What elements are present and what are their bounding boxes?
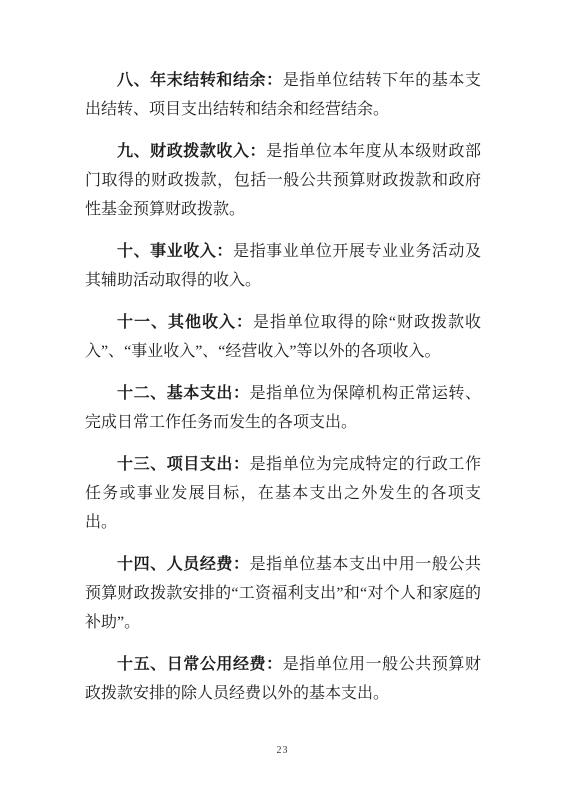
glossary-entry-13: 十三、项目支出：是指单位为完成特定的行政工作任务或事业发展目标，在基本支出之外发… bbox=[85, 450, 481, 537]
glossary-term: 九、财政拨款收入： bbox=[117, 143, 266, 160]
glossary-term: 八、年末结转和结余： bbox=[117, 72, 283, 89]
glossary-term: 十四、人员经费： bbox=[117, 556, 250, 573]
page-number: 23 bbox=[0, 745, 565, 756]
glossary-entry-11: 十一、其他收入：是指单位取得的除“财政拨款收入”、“事业收入”、“经营收入”等以… bbox=[85, 308, 481, 366]
glossary-entry-12: 十二、基本支出：是指单位为保障机构正常运转、完成日常工作任务而发生的各项支出。 bbox=[85, 379, 481, 437]
document-body: 八、年末结转和结余：是指单位结转下年的基本支出结转、项目支出结转和结余和经营结余… bbox=[85, 66, 481, 721]
glossary-term: 十一、其他收入： bbox=[117, 314, 253, 331]
glossary-entry-9: 九、财政拨款收入：是指单位本年度从本级财政部门取得的财政拨款，包括一般公共预算财… bbox=[85, 137, 481, 224]
glossary-entry-10: 十、事业收入：是指事业单位开展专业业务活动及其辅助活动取得的收入。 bbox=[85, 237, 481, 295]
glossary-term: 十二、基本支出： bbox=[117, 385, 250, 402]
glossary-term: 十、事业收入： bbox=[117, 243, 233, 260]
glossary-entry-15: 十五、日常公用经费：是指单位用一般公共预算财政拨款安排的除人员经费以外的基本支出… bbox=[85, 650, 481, 708]
glossary-entry-8: 八、年末结转和结余：是指单位结转下年的基本支出结转、项目支出结转和结余和经营结余… bbox=[85, 66, 481, 124]
glossary-term: 十五、日常公用经费： bbox=[117, 656, 283, 673]
glossary-entry-14: 十四、人员经费：是指单位基本支出中用一般公共预算财政拨款安排的“工资福利支出”和… bbox=[85, 550, 481, 637]
document-page: 八、年末结转和结余：是指单位结转下年的基本支出结转、项目支出结转和结余和经营结余… bbox=[0, 0, 565, 800]
glossary-term: 十三、项目支出： bbox=[117, 456, 250, 473]
